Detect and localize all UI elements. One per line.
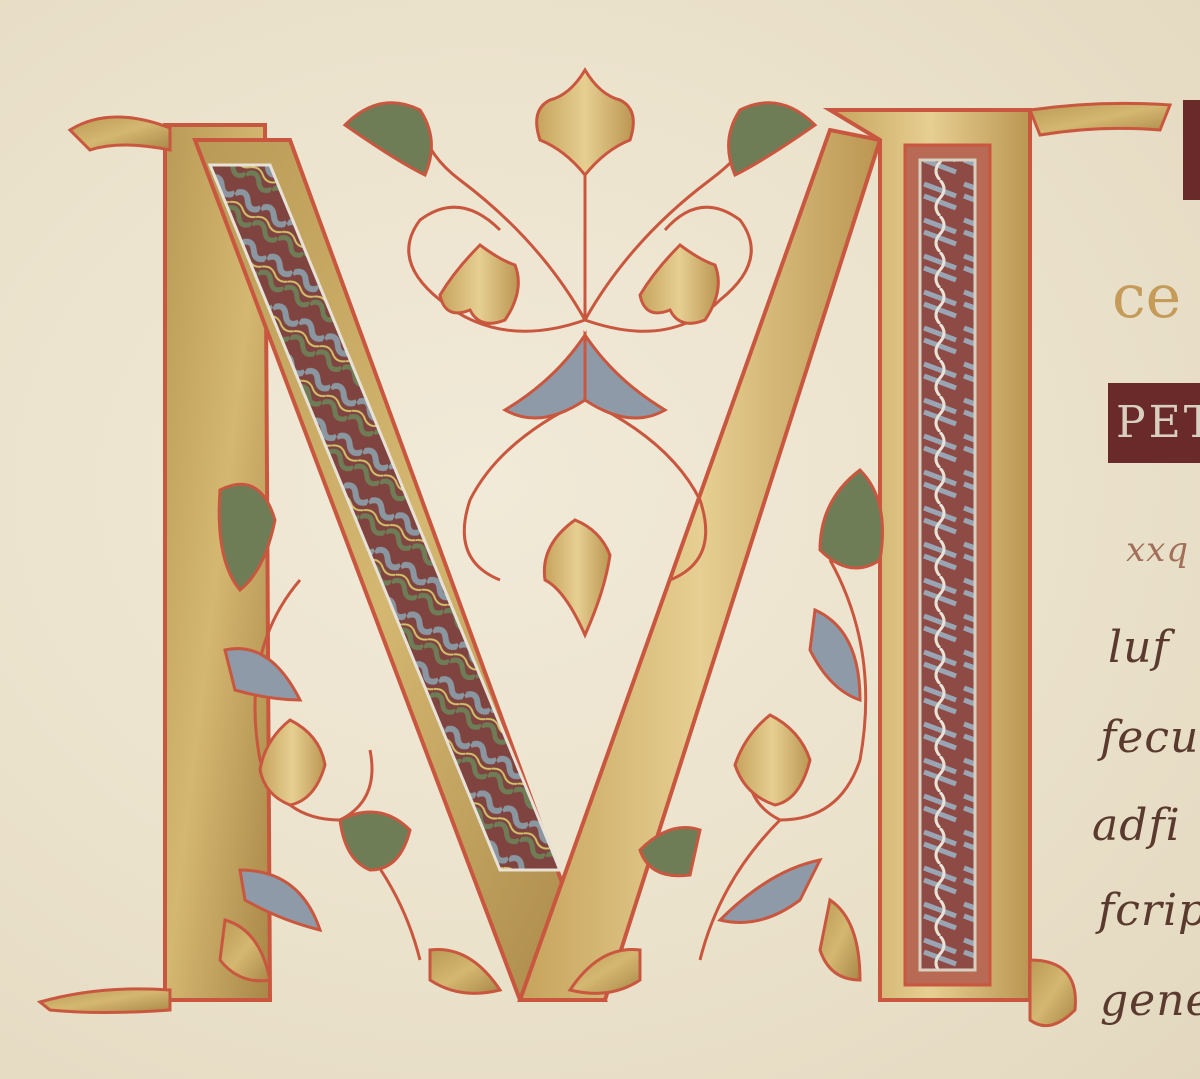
text-line-4: adfi <box>1092 800 1181 851</box>
text-line-6: gener <box>1100 975 1200 1026</box>
text-line-2: luf <box>1108 622 1170 673</box>
rubric-block-text: PET <box>1108 383 1200 463</box>
text-line-1: xxq <box>1126 530 1189 570</box>
rubric-block-top <box>1183 100 1200 200</box>
gold-text-line: ce <box>1112 262 1181 332</box>
text-line-3: fecur <box>1100 712 1200 763</box>
illuminated-initial-m <box>0 0 1200 1079</box>
manuscript-page: ce PET xxq luf fecur adfi fcrip gener <box>0 0 1200 1079</box>
text-line-5: fcrip <box>1098 885 1200 936</box>
